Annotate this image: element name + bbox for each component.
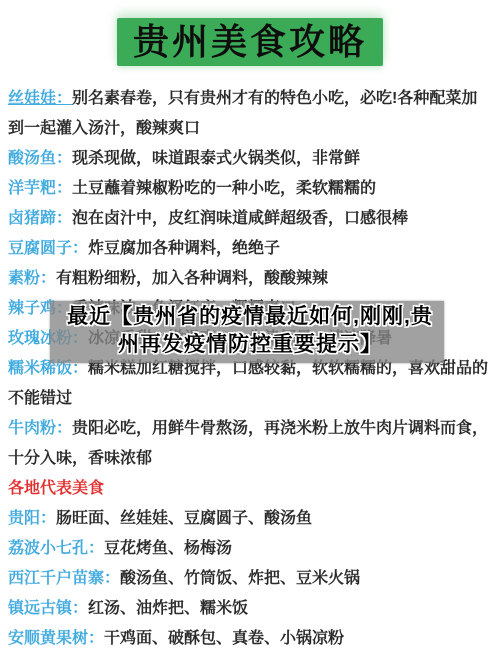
food-description: 炸豆腐加各种调料，绝绝子	[88, 240, 280, 257]
food-label-link[interactable]: 牛肉粉：	[8, 420, 72, 437]
food-label-link[interactable]: 丝娃娃：	[8, 90, 72, 107]
region-description: 酸汤鱼、竹筒饭、炸把、豆米火锅	[120, 570, 360, 587]
title-banner: 贵州美食攻略	[0, 0, 500, 66]
food-row: 糯米稀饭：糯米糕加红糖搅拌，口感较黏，软软糯糯的，喜欢甜品的不能错过	[8, 354, 492, 414]
food-row: 洋芋粑：土豆蘸着辣椒粉吃的一种小吃，柔软糯糯的	[8, 174, 492, 204]
region-description: 肠旺面、丝娃娃、豆腐圆子、酸汤鱼	[56, 510, 312, 527]
food-label-link[interactable]: 洋芋粑：	[8, 180, 72, 197]
food-description: 别名素春卷，只有贵州才有的特色小吃，必吃!各种配菜加到一起灌入汤汁，酸辣爽口	[8, 90, 477, 137]
region-label-link[interactable]: 镇远古镇：	[8, 600, 88, 617]
food-row: 丝娃娃：别名素春卷，只有贵州才有的特色小吃，必吃!各种配菜加到一起灌入汤汁，酸辣…	[8, 84, 492, 144]
food-row: 豆腐圆子：炸豆腐加各种调料，绝绝子	[8, 234, 492, 264]
food-row: 酸汤鱼：现杀现做，味道跟泰式火锅类似，非常鲜	[8, 144, 492, 174]
region-row: 贵阳：肠旺面、丝娃娃、豆腐圆子、酸汤鱼	[8, 504, 492, 534]
food-description: 泡在卤汁中，皮红润味道咸鲜超级香，口感很棒	[72, 210, 408, 227]
watermark-headline: 最近【贵州省的疫情最近如何,刚刚,贵 州再发疫情防控重要提示】	[0, 303, 500, 359]
region-row: 镇远古镇：红汤、油炸把、糯米饭	[8, 594, 492, 624]
region-label-link[interactable]: 西江千户苗寨：	[8, 570, 120, 587]
watermark-headline-line1: 最近【贵州省的疫情最近如何,刚刚,贵	[0, 303, 500, 331]
watermark-headline-line2: 州再发疫情防控重要提示】	[0, 331, 500, 359]
region-label-link[interactable]: 贵阳：	[8, 510, 56, 527]
section-title-regions: 各地代表美食	[8, 474, 492, 504]
region-label-link[interactable]: 安顺黄果树：	[8, 630, 104, 647]
region-label-link[interactable]: 荔波小七孔：	[8, 540, 104, 557]
region-row: 西江千户苗寨：酸汤鱼、竹筒饭、炸把、豆米火锅	[8, 564, 492, 594]
food-label-link[interactable]: 豆腐圆子：	[8, 240, 88, 257]
food-items-group: 丝娃娃：别名素春卷，只有贵州才有的特色小吃，必吃!各种配菜加到一起灌入汤汁，酸辣…	[8, 84, 492, 474]
region-description: 干鸡面、破酥包、真卷、小锅凉粉	[104, 630, 344, 647]
food-description: 现杀现做，味道跟泰式火锅类似，非常鲜	[72, 150, 360, 167]
food-row: 素粉：有粗粉细粉，加入各种调料，酸酸辣辣	[8, 264, 492, 294]
region-items-group: 贵阳：肠旺面、丝娃娃、豆腐圆子、酸汤鱼荔波小七孔：豆花烤鱼、杨梅汤西江千户苗寨：…	[8, 504, 492, 654]
page-title: 贵州美食攻略	[117, 18, 383, 66]
region-row: 荔波小七孔：豆花烤鱼、杨梅汤	[8, 534, 492, 564]
food-label-link[interactable]: 素粉：	[8, 270, 56, 287]
food-label-link[interactable]: 卤猪蹄：	[8, 210, 72, 227]
food-description: 贵阳必吃，用鲜牛骨熬汤，再浇米粉上放牛肉片调料而食，十分入味，香味浓郁	[8, 420, 488, 467]
food-row: 牛肉粉：贵阳必吃，用鲜牛骨熬汤，再浇米粉上放牛肉片调料而食，十分入味，香味浓郁	[8, 414, 492, 474]
food-label-link[interactable]: 酸汤鱼：	[8, 150, 72, 167]
food-description: 土豆蘸着辣椒粉吃的一种小吃，柔软糯糯的	[72, 180, 376, 197]
food-row: 卤猪蹄：泡在卤汁中，皮红润味道咸鲜超级香，口感很棒	[8, 204, 492, 234]
region-description: 红汤、油炸把、糯米饭	[88, 600, 248, 617]
region-description: 豆花烤鱼、杨梅汤	[104, 540, 232, 557]
food-description: 有粗粉细粉，加入各种调料，酸酸辣辣	[56, 270, 328, 287]
region-row: 安顺黄果树：干鸡面、破酥包、真卷、小锅凉粉	[8, 624, 492, 654]
